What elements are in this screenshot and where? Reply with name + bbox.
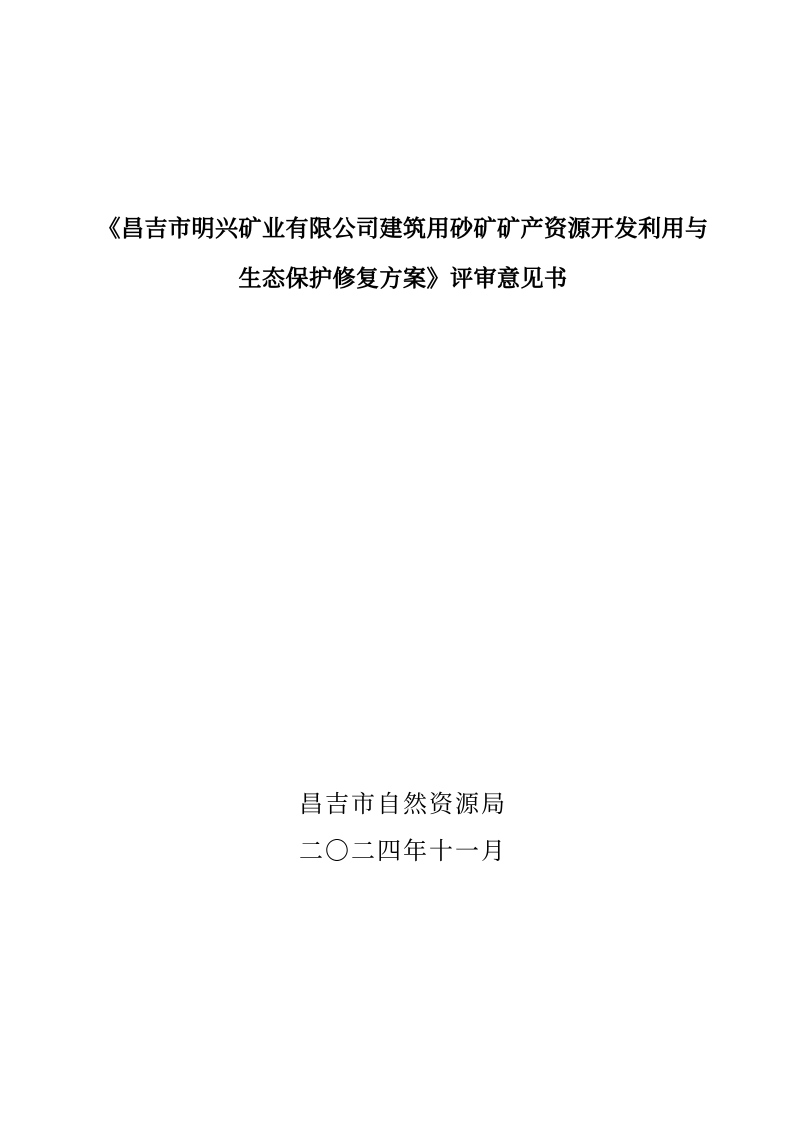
issuer-date-block: 昌吉市自然资源局 二〇二四年十一月 (13, 782, 793, 876)
issuer-name: 昌吉市自然资源局 (13, 782, 793, 829)
document-page: 《昌吉市明兴矿业有限公司建筑用砂矿矿产资源开发利用与 生态保护修复方案》评审意见… (0, 0, 793, 1122)
title-line-2: 生态保护修复方案》评审意见书 (13, 253, 793, 303)
document-title: 《昌吉市明兴矿业有限公司建筑用砂矿矿产资源开发利用与 生态保护修复方案》评审意见… (13, 203, 793, 303)
document-date: 二〇二四年十一月 (13, 829, 793, 876)
title-line-1: 《昌吉市明兴矿业有限公司建筑用砂矿矿产资源开发利用与 (13, 203, 793, 253)
